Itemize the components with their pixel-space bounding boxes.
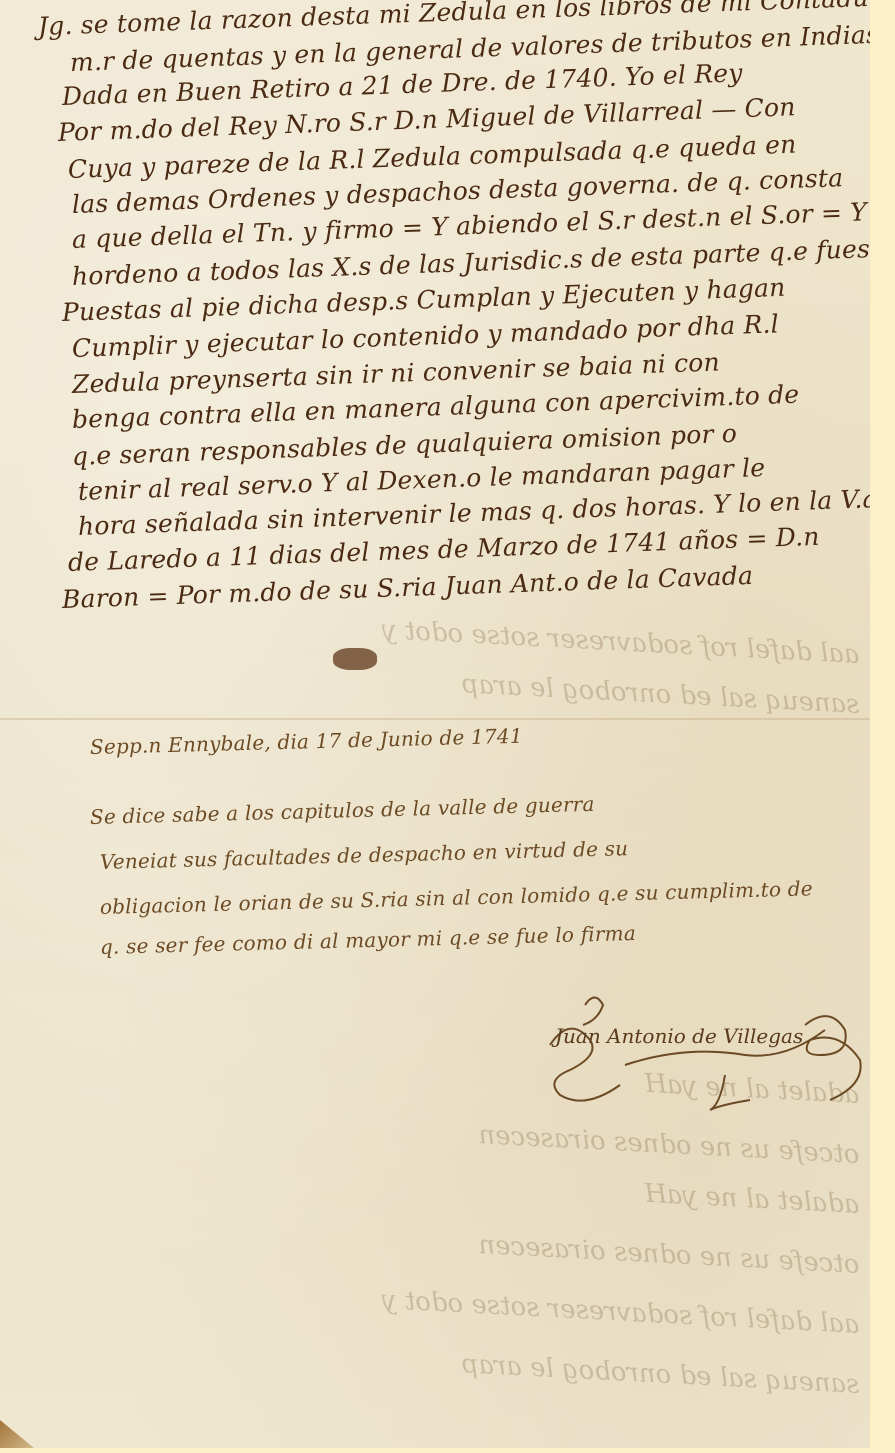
text-line: q. se ser fee como di al mayor mi q.e se… [100, 921, 637, 959]
scan-margin [870, 0, 895, 1453]
torn-corner [0, 1420, 40, 1448]
text-line: obligacion le orian de su S.ria sin al c… [100, 876, 813, 919]
annotation-date-line: Sepp.n Ennybale, dia 17 de Junio de 1741 [90, 724, 523, 759]
paper-fold-line [0, 718, 870, 720]
signature-flourish-icon: Juan Antonio de Villegas [545, 985, 870, 1115]
manuscript-page: aal dafel rof sodavreser sotse odot y sa… [0, 0, 870, 1448]
ink-blot [333, 648, 377, 670]
text-line: Veneiat sus facultades de despacho en vi… [100, 836, 629, 874]
signature: Juan Antonio de Villegas [545, 985, 870, 1115]
text-line: Se dice sabe a los capitulos de la valle… [90, 792, 595, 829]
signature-text: Juan Antonio de Villegas [551, 1024, 803, 1048]
